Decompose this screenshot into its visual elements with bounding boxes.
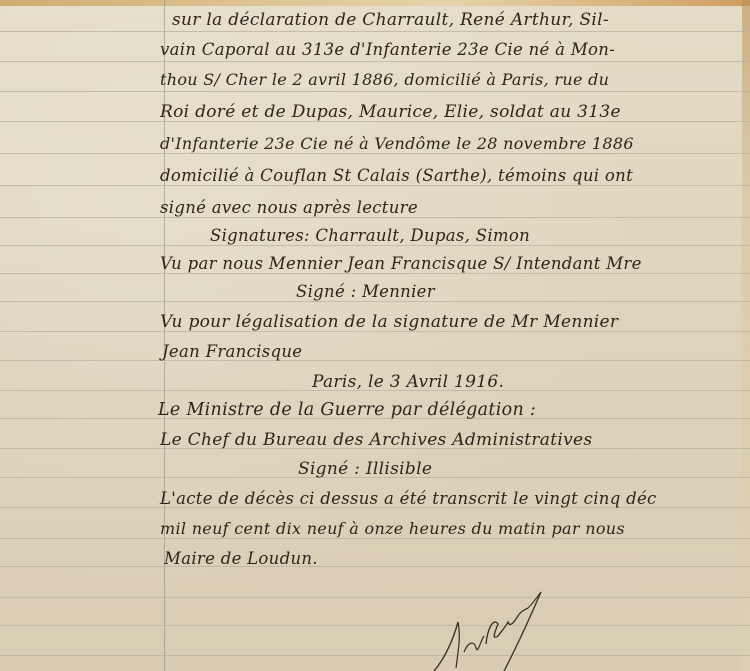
text-line: Jean Francisque	[162, 342, 302, 361]
page-top-edge	[0, 0, 750, 6]
text-line: Roi doré et de Dupas, Maurice, Elie, sol…	[160, 102, 621, 122]
text-line: Signatures: Charrault, Dupas, Simon	[210, 226, 530, 245]
ruled-line	[0, 597, 750, 598]
ruled-line	[0, 245, 750, 246]
text-line: Vu par nous Mennier Jean Francisque S/ I…	[160, 254, 642, 273]
ruled-line	[0, 538, 750, 539]
ruled-line	[0, 153, 750, 154]
margin-line	[164, 0, 165, 671]
text-line: thou S/ Cher le 2 avril 1886, domicilié …	[160, 70, 609, 89]
ruled-line	[0, 185, 750, 186]
page-right-edge	[742, 0, 750, 671]
text-line: Le Chef du Bureau des Archives Administr…	[160, 430, 592, 450]
ruled-line	[0, 91, 750, 92]
text-line: Signé : Mennier	[296, 282, 435, 301]
ruled-line	[0, 217, 750, 218]
text-line: sur la déclaration de Charrault, René Ar…	[172, 10, 609, 30]
ruled-line	[0, 655, 750, 656]
text-line: Paris, le 3 Avril 1916.	[312, 372, 504, 392]
text-line: vain Caporal au 313e d'Infanterie 23e Ci…	[160, 40, 615, 59]
text-line: Maire de Loudun.	[164, 549, 318, 568]
ruled-line	[0, 301, 750, 302]
ruled-line	[0, 360, 750, 361]
text-line: signé avec nous après lecture	[160, 198, 418, 217]
ruled-line	[0, 566, 750, 567]
ruled-line	[0, 61, 750, 62]
mayor-signature	[428, 582, 558, 671]
ruled-line	[0, 625, 750, 626]
text-line: L'acte de décès ci dessus a été transcri…	[160, 489, 657, 508]
ruled-line	[0, 273, 750, 274]
ruled-line	[0, 31, 750, 32]
text-line: Vu pour légalisation de la signature de …	[160, 312, 618, 332]
text-line: Signé : Illisible	[298, 459, 432, 479]
text-line: d'Infanterie 23e Cie né à Vendôme le 28 …	[160, 134, 634, 153]
document-page: sur la déclaration de Charrault, René Ar…	[0, 0, 750, 671]
text-line: mil neuf cent dix neuf à onze heures du …	[160, 519, 625, 538]
text-line: domicilié à Couflan St Calais (Sarthe), …	[160, 166, 633, 185]
text-line: Le Ministre de la Guerre par délégation …	[158, 400, 536, 420]
